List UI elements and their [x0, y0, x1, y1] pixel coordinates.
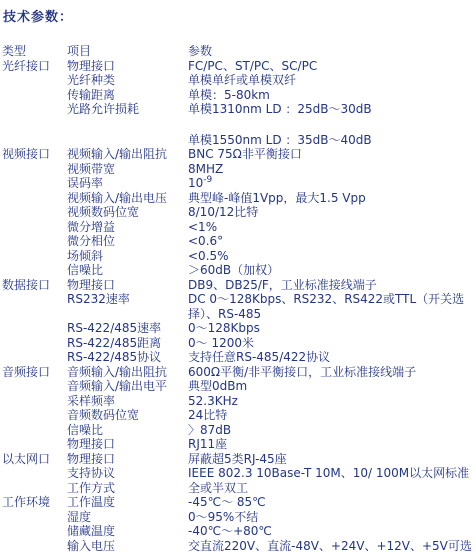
cell-item: 音频输入/输出阻抗 [67, 365, 188, 380]
table-row: 光纤接口 物理接口 FC/PC、ST/PC、SC/PC [2, 59, 476, 74]
table-row: 数据接口 物理接口 DB9、DB25/F，工业标准接线端子 [2, 278, 476, 293]
cell-param: <1% [188, 220, 476, 235]
cell-type: 视频接口 [2, 147, 67, 162]
cell-item: 视频输入/输出电压 [67, 191, 188, 206]
cell-param: DC 0～128Kbps、RS232、RS422或TTL（开关选 [188, 292, 476, 307]
spec-table-body: 光纤接口 物理接口 FC/PC、ST/PC、SC/PC 光纤种类 单模单纤或单模… [2, 59, 476, 552]
table-row: 传输距离 单模：5-80km [2, 88, 476, 103]
cell-param: BNC 75Ω非平衡接口 [188, 147, 476, 162]
cell-item: 物理接口 [67, 452, 188, 467]
param-superscript: -9 [203, 175, 212, 185]
cell-item: 物理接口 [67, 59, 188, 74]
table-row: 光路允许损耗 单模1310nm LD ：25dB～30dB [2, 102, 476, 117]
cell-item: 音频数码位宽 [67, 408, 188, 423]
table-row: 视频带宽 8MHZ [2, 162, 476, 177]
cell-param: 典型0dBm [188, 379, 476, 394]
cell-param: 8MHZ [188, 162, 476, 177]
cell-param: 单模1310nm LD ：25dB～30dB [188, 102, 476, 117]
cell-item: 工作方式 [67, 481, 188, 496]
cell-param: 屏蔽超5类RJ-45座 [188, 452, 476, 467]
table-row: 择）、RS-485 [2, 307, 476, 322]
table-row: 物理接口 RJ11座 [2, 437, 476, 452]
cell-item: 光纤种类 [67, 73, 188, 88]
cell-item: 微分增益 [67, 220, 188, 235]
cell-param: 单模单纤或单模双纤 [188, 73, 476, 88]
spec-table-header-row: 类型 项目 参数 [2, 44, 476, 59]
cell-type: 工作环境 [2, 495, 67, 510]
cell-param: 交直流220V、直流-48V、+24V、+12V、+5V可选 [188, 539, 476, 552]
table-row: 以太网口 物理接口 屏蔽超5类RJ-45座 [2, 452, 476, 467]
table-row: 采样频率 52.3KHz [2, 394, 476, 409]
table-row: 视频数码位宽 8/10/12比特 [2, 205, 476, 220]
cell-item: RS-422/485速率 [67, 321, 188, 336]
cell-param: DB9、DB25/F，工业标准接线端子 [188, 278, 476, 293]
table-row: 音频数码位宽 24比特 [2, 408, 476, 423]
cell-item: 物理接口 [67, 278, 188, 293]
cell-param: ＞60dB（加权） [188, 263, 476, 278]
cell-param: 52.3KHz [188, 394, 476, 409]
header-cell-item: 项目 [67, 44, 188, 59]
page-title: 技术参数： [3, 6, 476, 25]
cell-param: 8/10/12比特 [188, 205, 476, 220]
cell-item: 音频输入/输出电平 [67, 379, 188, 394]
table-row: 工作方式 全或半双工 [2, 481, 476, 496]
cell-type: 数据接口 [2, 278, 67, 293]
table-row: RS-422/485速率 0～128Kbps [2, 321, 476, 336]
cell-item: 信噪比 [67, 423, 188, 438]
table-row: 输入电压 交直流220V、直流-48V、+24V、+12V、+5V可选 [2, 539, 476, 552]
table-row: 视频接口 视频输入/输出阻抗 BNC 75Ω非平衡接口 [2, 147, 476, 162]
cell-item: RS-422/485距离 [67, 336, 188, 351]
cell-item: RS-422/485协议 [67, 350, 188, 365]
cell-param: <0.5% [188, 249, 476, 264]
spec-sheet-page: 技术参数： 类型 项目 参数 光纤接口 物理接口 FC/PC、ST/PC、SC/… [0, 0, 476, 552]
table-row: 场倾斜 <0.5% [2, 249, 476, 264]
cell-item: 物理接口 [67, 437, 188, 452]
cell-param: 〉87dB [188, 423, 476, 438]
table-row: 光纤种类 单模单纤或单模双纤 [2, 73, 476, 88]
cell-param: 10-9 [188, 176, 476, 191]
cell-item: 工作温度 [67, 495, 188, 510]
cell-param: 全或半双工 [188, 481, 476, 496]
cell-item: 输入电压 [67, 539, 188, 552]
table-row: 储藏温度 -40℃～+80℃ [2, 524, 476, 539]
table-row: 支持协议 IEEE 802.3 10Base-T 10M、10/ 100M以太网… [2, 466, 476, 481]
cell-param: <0.6° [188, 234, 476, 249]
cell-item: 湿度 [67, 510, 188, 525]
cell-param: 0～ 1200米 [188, 336, 476, 351]
cell-item: 光路允许损耗 [67, 102, 188, 117]
cell-item: 误码率 [67, 176, 188, 191]
cell-param: 单模：5-80km [188, 88, 476, 103]
table-row: 音频输入/输出电平 典型0dBm [2, 379, 476, 394]
cell-item: 微分相位 [67, 234, 188, 249]
table-row: RS232速率 DC 0～128Kbps、RS232、RS422或TTL（开关选 [2, 292, 476, 307]
cell-param: -40℃～+80℃ [188, 524, 476, 539]
table-row: 微分相位 <0.6° [2, 234, 476, 249]
cell-param: 600Ω平衡/非平衡接口，工业标准接线端子 [188, 365, 476, 380]
header-cell-param: 参数 [188, 44, 476, 59]
table-row: 单模1550nm LD ：35dB～40dB [2, 133, 476, 148]
table-row: 误码率 10-9 [2, 176, 476, 191]
header-cell-type: 类型 [2, 44, 67, 59]
cell-param: 典型峰-峰值1Vpp，最大1.5 Vpp [188, 191, 476, 206]
cell-item: 采样频率 [67, 394, 188, 409]
table-row: 湿度 0～95%不结 [2, 510, 476, 525]
cell-param: -45℃～ 85℃ [188, 495, 476, 510]
table-row: 信噪比 ＞60dB（加权） [2, 263, 476, 278]
cell-item: 视频数码位宽 [67, 205, 188, 220]
cell-item: 支持协议 [67, 466, 188, 481]
table-row: 工作环境 工作温度 -45℃～ 85℃ [2, 495, 476, 510]
table-row: 微分增益 <1% [2, 220, 476, 235]
cell-type: 光纤接口 [2, 59, 67, 74]
cell-type: 音频接口 [2, 365, 67, 380]
cell-item: 储藏温度 [67, 524, 188, 539]
spec-table: 类型 项目 参数 光纤接口 物理接口 FC/PC、ST/PC、SC/PC 光纤种… [2, 44, 476, 552]
table-row: RS-422/485距离 0～ 1200米 [2, 336, 476, 351]
table-row: 音频接口 音频输入/输出阻抗 600Ω平衡/非平衡接口，工业标准接线端子 [2, 365, 476, 380]
cell-item: 视频输入/输出阻抗 [67, 147, 188, 162]
cell-item: 场倾斜 [67, 249, 188, 264]
cell-item: 传输距离 [67, 88, 188, 103]
cell-param: 0～128Kbps [188, 321, 476, 336]
table-row [2, 117, 476, 133]
table-row: RS-422/485协议 支持任意RS-485/422协议 [2, 350, 476, 365]
cell-param: IEEE 802.3 10Base-T 10M、10/ 100M以太网标准 [188, 466, 476, 481]
cell-param: 24比特 [188, 408, 476, 423]
cell-item: RS232速率 [67, 292, 188, 307]
cell-param: 单模1550nm LD ：35dB～40dB [188, 133, 476, 148]
cell-type: 以太网口 [2, 452, 67, 467]
cell-param: RJ11座 [188, 437, 476, 452]
table-row: 视频输入/输出电压 典型峰-峰值1Vpp，最大1.5 Vpp [2, 191, 476, 206]
cell-param: 0～95%不结 [188, 510, 476, 525]
cell-param: 支持任意RS-485/422协议 [188, 350, 476, 365]
cell-param: FC/PC、ST/PC、SC/PC [188, 59, 476, 74]
cell-item: 视频带宽 [67, 162, 188, 177]
table-row: 信噪比 〉87dB [2, 423, 476, 438]
cell-param: 择）、RS-485 [188, 307, 476, 322]
cell-item: 信噪比 [67, 263, 188, 278]
